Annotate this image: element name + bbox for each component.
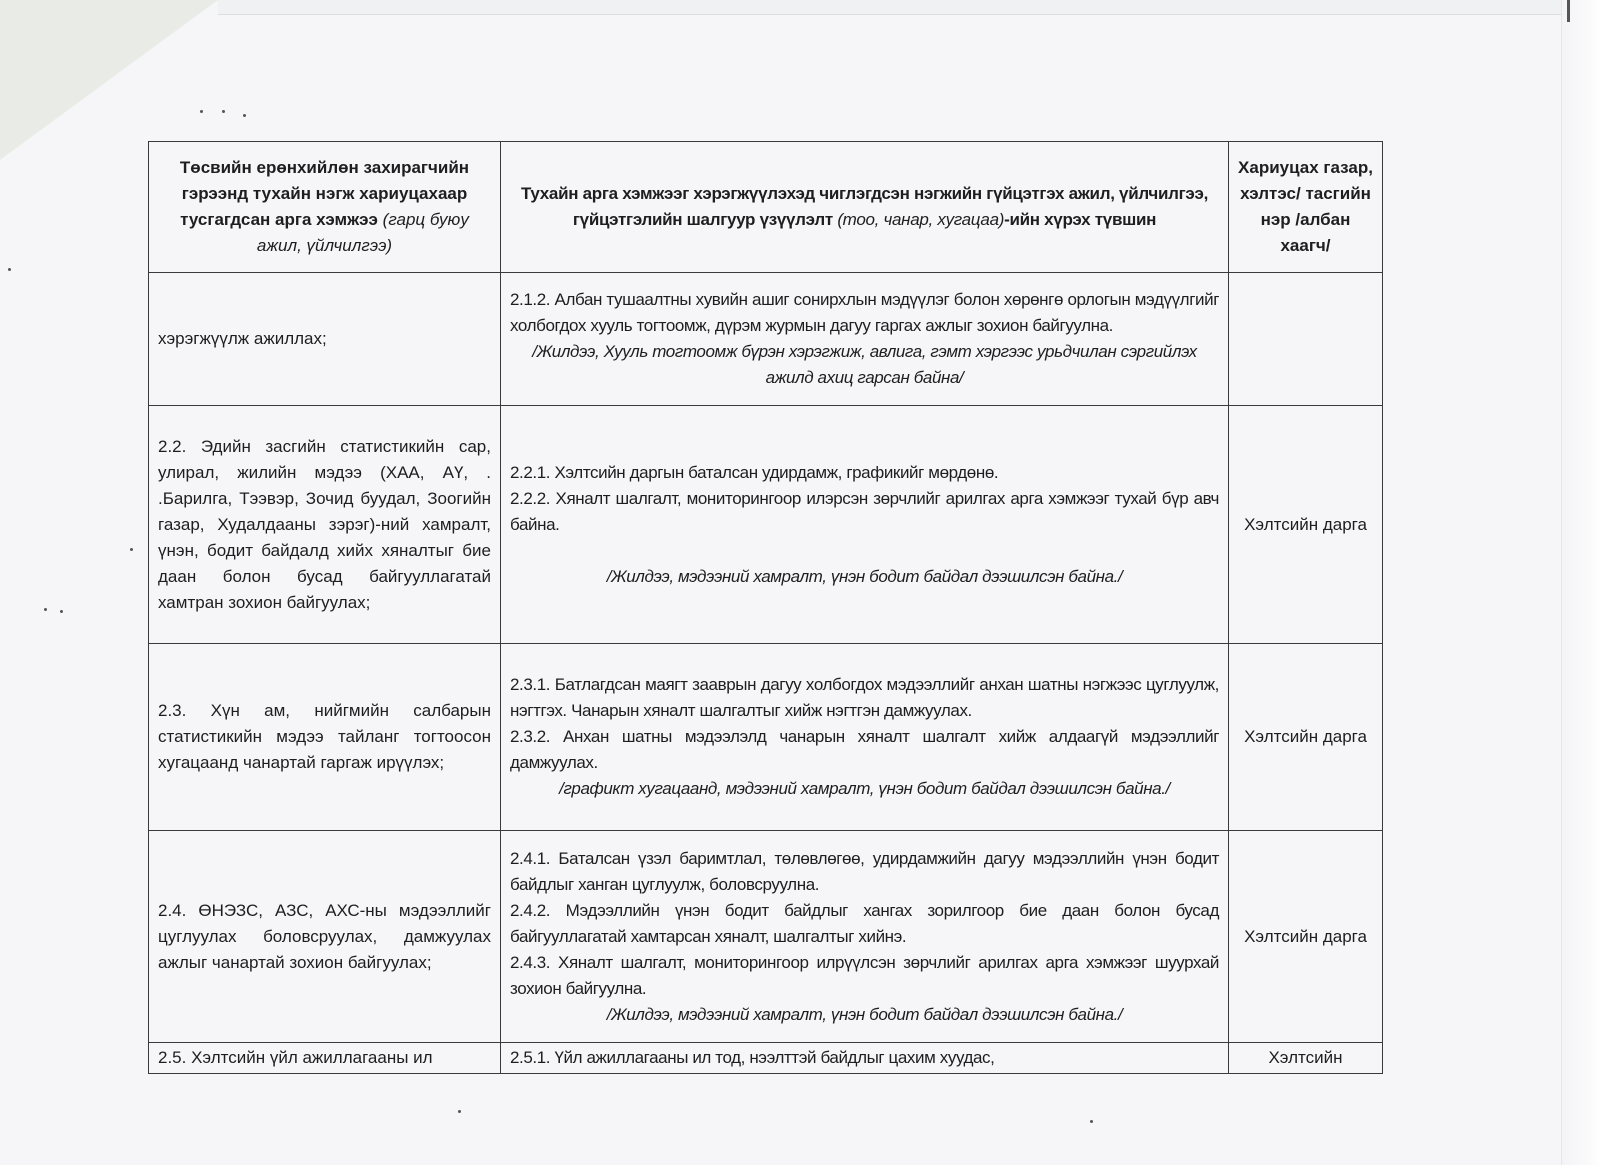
target-note: /Жилдээ, мэдээний хамралт, үнэн бодит ба… — [510, 1002, 1219, 1028]
activity-item: 2.5.1. Үйл ажиллагааны ил тод, нээлттэй … — [510, 1045, 1219, 1071]
scan-top-edge — [218, 0, 1562, 15]
activities-cell: 2.3.1. Батлагдсан маягт зааврын дагуу хо… — [501, 644, 1229, 831]
table-header-row: Төсвийн ерөнхийлөн захирагчийн гэрээнд т… — [149, 142, 1383, 273]
target-note: /Жилдээ, мэдээний хамралт, үнэн бодит ба… — [510, 564, 1219, 590]
target-note: /графикт хугацаанд, мэдээний хамралт, үн… — [510, 776, 1219, 802]
scan-speck — [243, 114, 246, 117]
target-note: /Жилдээ, Хууль тогтоомж бүрэн хэрэгжиж, … — [510, 339, 1219, 391]
activity-item: 2.3.1. Батлагдсан маягт зааврын дагуу хо… — [510, 672, 1219, 724]
scan-speck — [1090, 1120, 1093, 1123]
scan-speck — [130, 548, 133, 551]
activity-item: 2.1.2. Албан тушаалтны хувийн ашиг сонир… — [510, 287, 1219, 339]
measure-cell: 2.2. Эдийн засгийн статистикийн сар, ули… — [149, 406, 501, 644]
scan-speck — [44, 608, 47, 611]
scan-speck — [222, 110, 225, 113]
header-activities: Тухайн арга хэмжээг хэрэгжүүлэхэд чиглэг… — [501, 142, 1229, 273]
responsible-cell: Хэлтсийн дарга — [1229, 406, 1383, 644]
activity-item: 2.4.3. Хяналт шалгалт, мониторингоор илр… — [510, 950, 1219, 1002]
table-row: 2.2. Эдийн засгийн статистикийн сар, ули… — [149, 406, 1383, 644]
scan-speck — [200, 110, 203, 113]
responsible-cell: Хэлтсийн дарга — [1229, 644, 1383, 831]
scan-speck — [8, 268, 11, 271]
table-row: 2.4. ӨНЭЗС, АЗС, АХС-ны мэдээллийг цуглу… — [149, 831, 1383, 1043]
responsible-cell: Хэлтсийн — [1229, 1043, 1383, 1074]
activity-item: 2.4.1. Баталсан үзэл баримтлал, төлөвлөг… — [510, 846, 1219, 898]
header-measure: Төсвийн ерөнхийлөн захирагчийн гэрээнд т… — [149, 142, 501, 273]
performance-plan-table: Төсвийн ерөнхийлөн захирагчийн гэрээнд т… — [148, 141, 1383, 1074]
table-row: 2.3. Хүн ам, нийгмийн салбарын статистик… — [149, 644, 1383, 831]
scan-speck — [458, 1110, 461, 1113]
table-row: хэрэгжүүлж ажиллах; 2.1.2. Албан тушаалт… — [149, 273, 1383, 406]
activity-item: 2.2.1. Хэлтсийн даргын баталсан удирдамж… — [510, 460, 1219, 486]
page-corner-fold — [0, 0, 218, 160]
measure-cell: 2.4. ӨНЭЗС, АЗС, АХС-ны мэдээллийг цуглу… — [149, 831, 501, 1043]
activity-item: 2.4.2. Мэдээллийн үнэн бодит байдлыг хан… — [510, 898, 1219, 950]
measure-cell: 2.5. Хэлтсийн үйл ажиллагааны ил — [149, 1043, 501, 1074]
table-row: 2.5. Хэлтсийн үйл ажиллагааны ил 2.5.1. … — [149, 1043, 1383, 1074]
activity-item: 2.3.2. Анхан шатны мэдээлэлд чанарын хян… — [510, 724, 1219, 776]
measure-cell: хэрэгжүүлж ажиллах; — [149, 273, 501, 406]
responsible-cell — [1229, 273, 1383, 406]
scan-speck — [60, 610, 63, 613]
activities-cell: 2.4.1. Баталсан үзэл баримтлал, төлөвлөг… — [501, 831, 1229, 1043]
activities-cell: 2.5.1. Үйл ажиллагааны ил тод, нээлттэй … — [501, 1043, 1229, 1074]
activity-item: 2.2.2. Хяналт шалгалт, мониторингоор илэ… — [510, 486, 1219, 538]
header-responsible: Хариуцах газар, хэлтэс/ тасгийн нэр /алб… — [1229, 142, 1383, 273]
activities-cell: 2.2.1. Хэлтсийн даргын баталсан удирдамж… — [501, 406, 1229, 644]
responsible-cell: Хэлтсийн дарга — [1229, 831, 1383, 1043]
activities-cell: 2.1.2. Албан тушаалтны хувийн ашиг сонир… — [501, 273, 1229, 406]
measure-cell: 2.3. Хүн ам, нийгмийн салбарын статистик… — [149, 644, 501, 831]
scan-right-edge — [1561, 0, 1600, 1165]
